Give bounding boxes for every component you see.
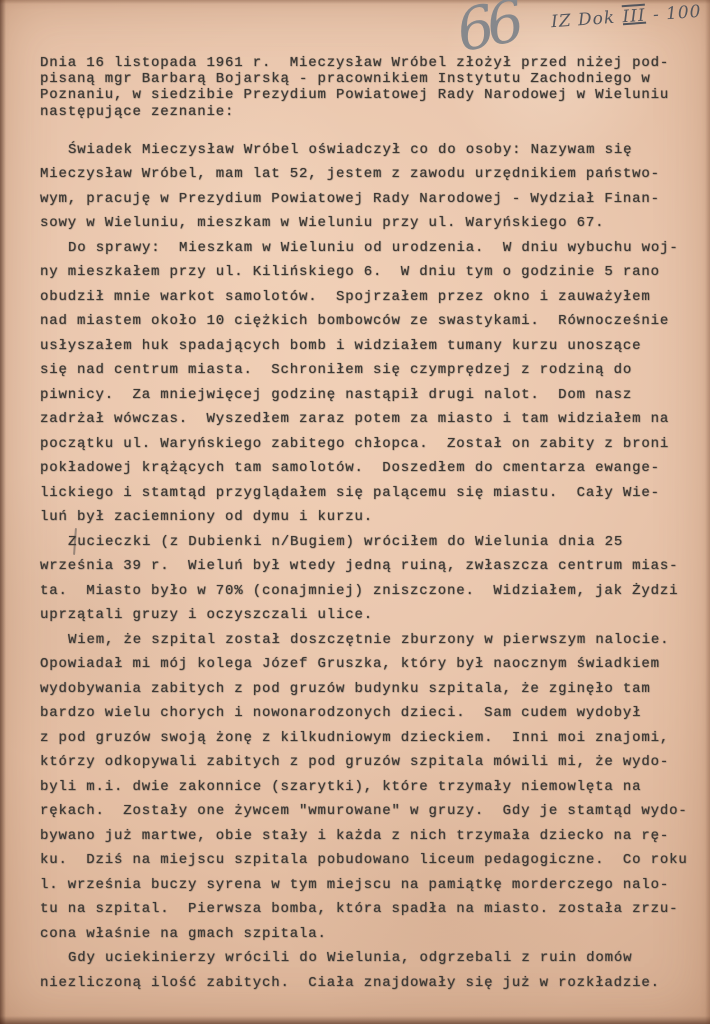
typed-line: cona właśnie na gmach szpitala.	[40, 922, 692, 947]
typed-line: Poznaniu, w siedzibie Prezydium Powiatow…	[40, 87, 692, 103]
archive-ref-suffix: - 100	[646, 2, 702, 26]
typed-line: usłyszałem huk spadających bomb i widzia…	[40, 334, 692, 359]
typed-line: z pod gruzów swoją żonę z kilkudniowym d…	[40, 726, 692, 751]
paragraph-witness-identity: Świadek Mieczysław Wróbel oświadczył co …	[40, 138, 692, 236]
typed-line: Zucieczki (z Dubienki n/Bugiem) wróciłem…	[40, 530, 692, 555]
typewritten-testimony: Dnia 16 listopada 1961 r. Mieczysław Wró…	[40, 55, 692, 995]
typed-line: września 39 r. Wieluń był wtedy jedną ru…	[40, 554, 692, 579]
paragraph-air-raid-account: Do sprawy: Mieszkam w Wieluniu od urodze…	[40, 236, 692, 530]
handwritten-archive-reference: IZ Dok III - 100	[550, 2, 702, 32]
typed-line: wym, pracuję w Prezydium Powiatowej Rady…	[40, 187, 692, 212]
typed-line: pisaną mgr Barbarą Bojarską - pracowniki…	[40, 71, 692, 87]
typed-line: Wiem, że szpital został doszczętnie zbur…	[40, 628, 692, 653]
paragraph-returnees-dead: Gdy uciekinierzy wrócili do Wielunia, od…	[40, 946, 692, 995]
typed-line: Opowiadał mi mój kolega Józef Gruszka, k…	[40, 652, 692, 677]
document-scan-page: 66 IZ Dok III - 100 Dnia 16 listopada 19…	[0, 0, 710, 1024]
typed-line: początku ul. Waryńskiego zabitego chłopc…	[40, 432, 692, 457]
typed-line: uprzątali gruzy i oczyszczali ulice.	[40, 603, 692, 628]
typed-line: następujące zeznanie:	[40, 104, 692, 120]
typed-line: Świadek Mieczysław Wróbel oświadczył co …	[40, 138, 692, 163]
archive-ref-prefix: IZ Dok	[550, 7, 622, 32]
typed-line: piwnicy. Za mniejwięcej godzinę nastąpił…	[40, 383, 692, 408]
typed-line: którzy odkopywali zabitych z pod gruzów …	[40, 750, 692, 775]
scan-edge-right	[705, 0, 710, 1024]
paragraph-hospital-destruction: Wiem, że szpital został doszczętnie zbur…	[40, 628, 692, 947]
typed-line: bywano już martwe, obie stały i każda z …	[40, 824, 692, 849]
typed-line: tu na szpital. Pierwsza bomba, która spa…	[40, 897, 692, 922]
typed-line: pokładowej krążących tam samolotów. Dosz…	[40, 456, 692, 481]
typed-line: wydobywania zabitych z pod gruzów budynk…	[40, 677, 692, 702]
scan-edge-top	[0, 0, 710, 4]
typed-line: lickiego i stamtąd przyglądałem się palą…	[40, 481, 692, 506]
typed-line: ta. Miasto było w 70% (conajmniej) znisz…	[40, 579, 692, 604]
typed-line: zadrżał wówczas. Wyszedłem zaraz potem z…	[40, 407, 692, 432]
typed-line: l. września buczy syrena w tym miejscu n…	[40, 873, 692, 898]
scan-edge-left	[0, 0, 6, 1024]
typed-line: Do sprawy: Mieszkam w Wieluniu od urodze…	[40, 236, 692, 261]
typed-line: obudził mnie warkot samolotów. Spojrzałe…	[40, 285, 692, 310]
typed-line: bardzo wielu chorych i nowonarodzonych d…	[40, 701, 692, 726]
typed-line: niezliczoną ilość zabitych. Ciała znajdo…	[40, 971, 692, 996]
typed-line: nad miastem około 10 ciężkich bombowców …	[40, 309, 692, 334]
paragraph-intro: Dnia 16 listopada 1961 r. Mieczysław Wró…	[40, 55, 692, 120]
archive-ref-roman-numeral: III	[621, 6, 647, 28]
scan-edge-bottom	[0, 1016, 710, 1024]
paragraph-return-from-flight: Zucieczki (z Dubienki n/Bugiem) wróciłem…	[40, 530, 692, 628]
typed-line: się nad centrum miasta. Schroniłem się c…	[40, 358, 692, 383]
typed-line: ny mieszkałem przy ul. Kilińskiego 6. W …	[40, 260, 692, 285]
typed-line: luń był zaciemniony od dymu i kurzu.	[40, 505, 692, 530]
typed-line: ku. Dziś na miejscu szpitala pobudowano …	[40, 848, 692, 873]
typed-line: Gdy uciekinierzy wrócili do Wielunia, od…	[40, 946, 692, 971]
typed-line: sowy w Wieluniu, mieszkam w Wieluniu prz…	[40, 211, 692, 236]
typed-line: rękach. Zostały one żywcem "wmurowane" w…	[40, 799, 692, 824]
typed-line: byli m.i. dwie zakonnice (szarytki), któ…	[40, 775, 692, 800]
typed-line: Mieczysław Wróbel, mam lat 52, jestem z …	[40, 162, 692, 187]
typed-line: Dnia 16 listopada 1961 r. Mieczysław Wró…	[40, 55, 692, 71]
